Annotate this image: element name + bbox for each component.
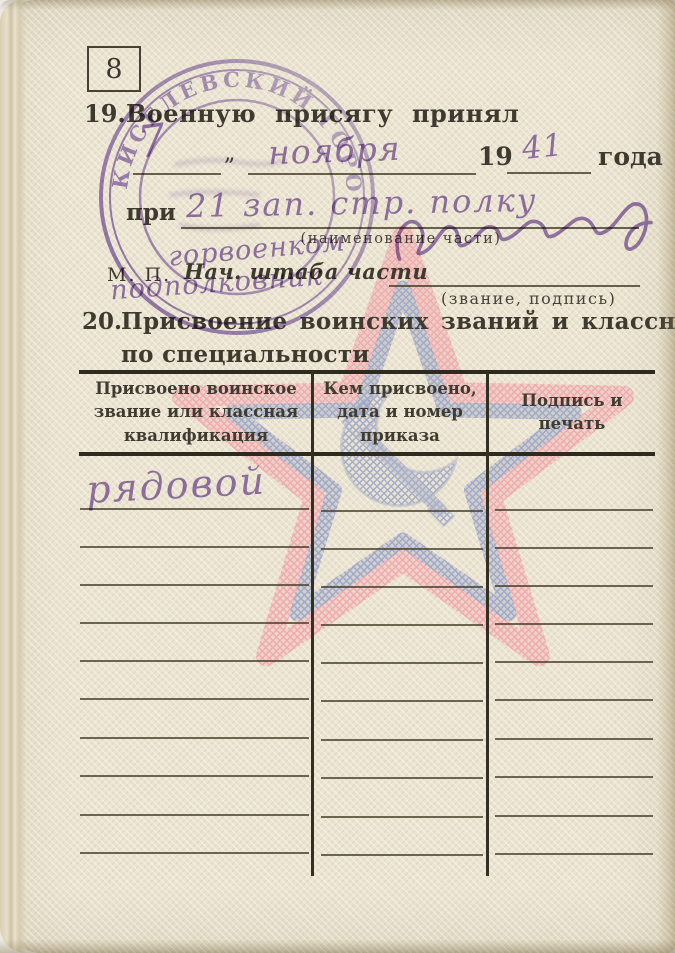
page-bottom-edge — [0, 939, 675, 953]
round-stamp: КИСЕЛЕВСКИЙ ГОРОДСКОЙ — [0, 0, 675, 953]
page-stack-edge — [0, 0, 26, 953]
scanned-military-id-page: 8 19. Военную присягу принял „ 19 года п… — [0, 0, 675, 953]
page-right-edge — [657, 0, 675, 953]
stamp-inner-faint-text — [170, 160, 285, 229]
page-top-edge — [0, 0, 675, 10]
booklet-page: 8 19. Военную присягу принял „ 19 года п… — [0, 0, 675, 953]
signature-handwriting — [395, 197, 654, 274]
svg-text:КИСЕЛЕВСКИЙ ГОРОДСКОЙ: КИСЕЛЕВСКИЙ ГОРОДСКОЙ — [0, 0, 367, 197]
stamp-arc-text: КИСЕЛЕВСКИЙ ГОРОДСКОЙ — [0, 0, 367, 197]
